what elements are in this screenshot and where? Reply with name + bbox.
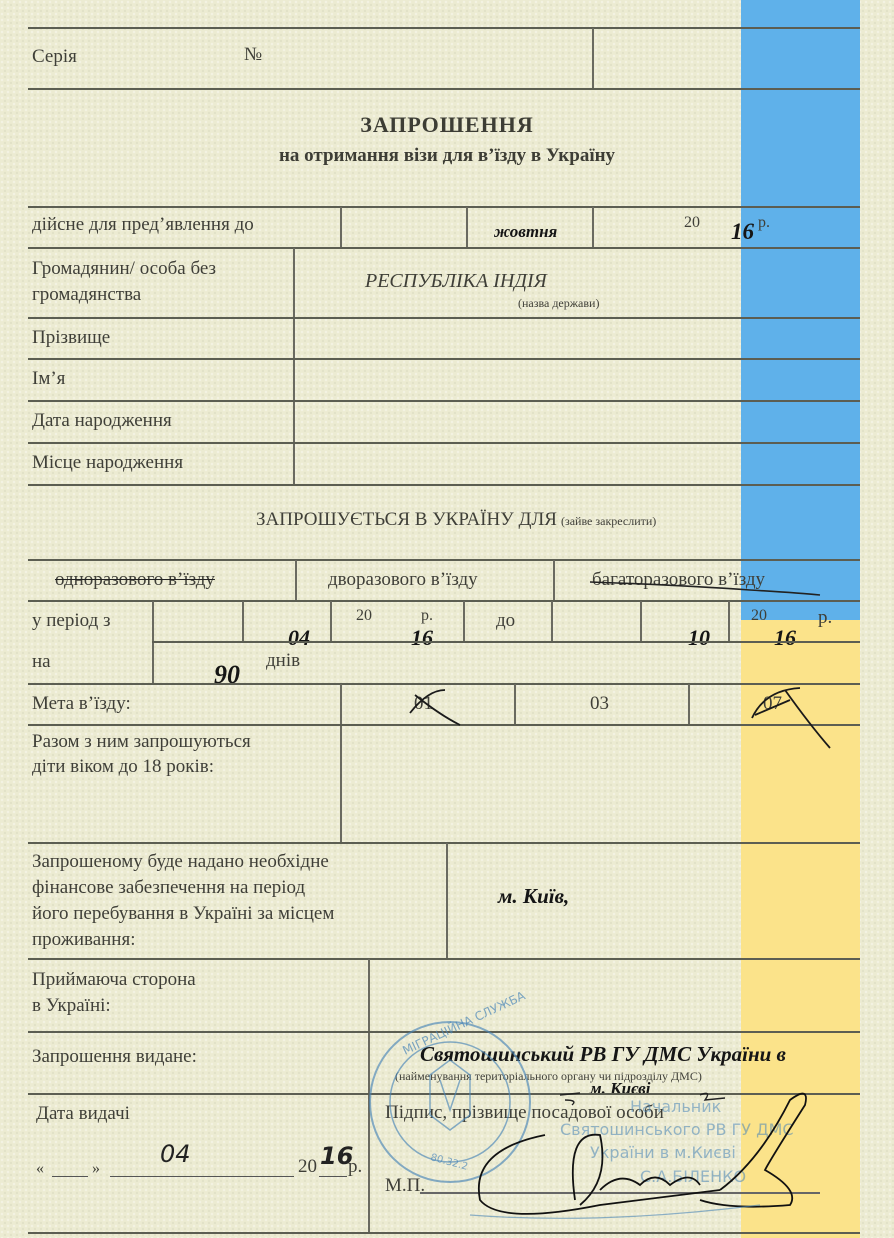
validity-year-suffix: р. [758, 214, 770, 232]
purpose-code-2[interactable]: 03 [590, 693, 609, 715]
birth-place-field[interactable] [300, 447, 730, 481]
divider [592, 28, 594, 88]
children-label-2: діти віком до 18 років: [32, 756, 214, 778]
period-to-year-prefix: 20 [751, 607, 767, 625]
rule [28, 247, 860, 249]
financial-label-4: проживання: [32, 929, 136, 951]
validity-year-prefix: 20 [684, 214, 700, 232]
issue-date-day[interactable] [52, 1156, 88, 1177]
children-field[interactable] [348, 732, 728, 832]
citizen-label-2: громадянства [32, 284, 141, 306]
host-label-1: Приймаюча сторона [32, 969, 196, 991]
purpose-code-1[interactable]: 01 [414, 693, 433, 715]
first-name-field[interactable] [300, 363, 730, 397]
issued-by-hint: (найменування територіального органу чи … [395, 1069, 702, 1084]
birth-place-label: Місце народження [32, 452, 183, 474]
birth-date-field[interactable] [300, 405, 730, 439]
duration-unit: днів [266, 650, 300, 672]
issue-date-label: Дата видачі [36, 1103, 130, 1125]
period-from-label: у період з [32, 610, 111, 632]
surname-label: Прізвище [32, 327, 110, 349]
financial-label-3: його перебування в Україні за місцем [32, 903, 334, 925]
seal-label: М.П. [385, 1175, 425, 1197]
entry-type-double[interactable]: дворазового в’їзду [328, 569, 478, 591]
issue-date-year-suffix: р. [348, 1156, 362, 1178]
document-subtitle: на отримання візи для в’їзду в Україну [0, 145, 894, 167]
surname-field[interactable] [300, 322, 730, 356]
purpose-code-3[interactable]: 07 [763, 693, 782, 715]
entry-type-multiple[interactable]: багаторазового в’їзду [592, 569, 765, 591]
number-label: № [244, 44, 262, 66]
financial-label-2: фінансове забезпечення на період [32, 877, 305, 899]
citizen-label-1: Громадянин/ особа без [32, 258, 216, 280]
validity-year[interactable]: 16 [731, 219, 754, 245]
children-label-1: Разом з ним запрошуються [32, 731, 251, 753]
period-to-year[interactable]: 16 [774, 625, 796, 651]
birth-date-label: Дата народження [32, 410, 172, 432]
citizen-country-hint: (назва держави) [518, 296, 599, 311]
issue-date-month[interactable]: 04 [160, 1140, 191, 1168]
duration-label: на [32, 651, 51, 673]
rule [28, 206, 860, 208]
invite-heading-note: (зайве закреслити) [561, 514, 656, 528]
host-label-2: в Україні: [32, 995, 111, 1017]
financial-label-1: Запрошеному буде надано необхідне [32, 851, 329, 873]
svg-text:С.А.БІЛЕНКО: С.А.БІЛЕНКО [640, 1167, 746, 1186]
duration-value[interactable]: 90 [214, 660, 240, 690]
series-label: Серія [32, 46, 77, 68]
issued-by-value[interactable]: Святошинський РВ ГУ ДМС України в [420, 1042, 786, 1067]
signature-label: Підпис, прізвище посадової особи [385, 1102, 664, 1124]
document-title: ЗАПРОШЕННЯ [0, 112, 894, 138]
svg-text:України в м.Києві: України в м.Києві [590, 1143, 736, 1162]
flag-stripe-yellow [741, 620, 860, 1238]
period-from-year[interactable]: 16 [411, 625, 433, 651]
host-field[interactable] [375, 965, 735, 1025]
signature-line [420, 1192, 820, 1194]
entry-type-single[interactable]: одноразового в’їзду [55, 569, 215, 591]
purpose-label: Мета в’їзду: [32, 693, 131, 715]
invite-heading: ЗАПРОШУЄТЬСЯ В УКРАЇНУ ДЛЯ (зайве закрес… [256, 509, 656, 531]
open-quote: « [36, 1160, 44, 1178]
stamp-round-code: 80.32.2 [429, 1152, 469, 1173]
citizen-country-value[interactable]: РЕСПУБЛІКА ІНДІЯ [365, 270, 547, 293]
first-name-label: Ім’я [32, 368, 65, 390]
close-quote: » [92, 1160, 100, 1178]
period-to-year-suffix: р. [818, 607, 832, 629]
period-to-label: до [496, 610, 515, 632]
period-from-year-prefix: 20 [356, 607, 372, 625]
issued-by-value-2[interactable]: м. Києві [590, 1079, 651, 1099]
flag-stripe-blue [741, 0, 860, 620]
issue-date-line: « » 04 20 16 р. [36, 1150, 356, 1180]
validity-label: дійсне для пред’явлення до [32, 214, 254, 236]
financial-location-value[interactable]: м. Київ, [498, 884, 569, 909]
rule [28, 27, 860, 29]
issue-date-year-prefix: 20 [298, 1156, 317, 1178]
invite-heading-text: ЗАПРОШУЄТЬСЯ В УКРАЇНУ ДЛЯ [256, 509, 557, 530]
period-from-year-suffix: р. [421, 607, 433, 625]
series-number-field[interactable] [600, 40, 735, 80]
issue-date-month-field[interactable] [110, 1156, 294, 1177]
period-from-month[interactable]: 04 [288, 625, 310, 651]
validity-month[interactable]: жовтня [494, 222, 557, 242]
period-to-month[interactable]: 10 [688, 625, 710, 651]
rule [28, 88, 860, 90]
issued-by-label: Запрошення видане: [32, 1046, 197, 1068]
